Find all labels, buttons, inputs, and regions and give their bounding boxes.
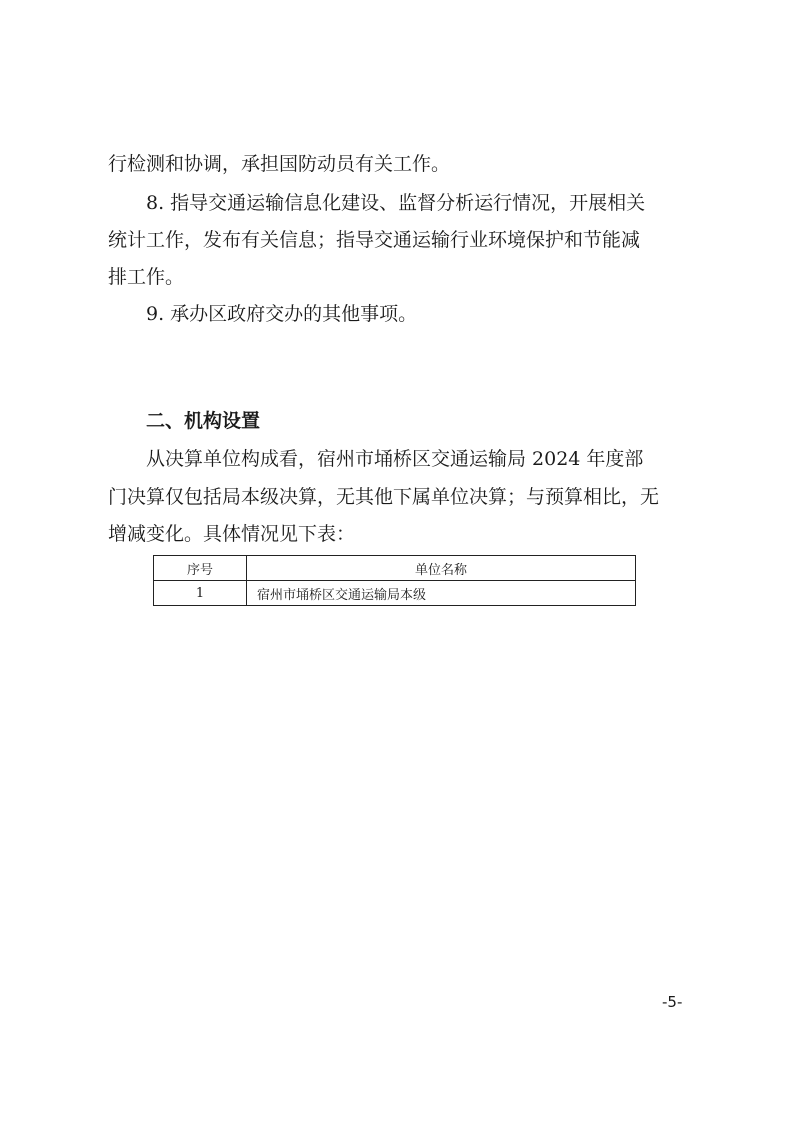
section-heading: 二、机构设置 [146,409,260,433]
body-text-line: 门决算仅包括局本级决算，无其他下属单位决算；与预算相比，无 [108,485,659,509]
header-cell: 序号 [154,556,247,581]
header-cell: 单位名称 [247,556,636,581]
body-text-line: 增减变化。具体情况见下表： [108,522,355,546]
table-cell: 宿州市埇桥区交通运输局本级 [247,581,636,606]
body-text-line: 9. 承办区政府交办的其他事项。 [146,302,417,326]
body-text-line: 从决算单位构成看，宿州市埇桥区交通运输局 2024 年度部 [146,447,643,471]
body-text-line: 排工作。 [108,265,184,289]
body-text-line: 统计工作，发布有关信息；指导交通运输行业环境保护和节能减 [108,228,640,252]
body-text-line: 行检测和协调，承担国防动员有关工作。 [108,152,450,176]
body-text-line: 8. 指导交通运输信息化建设、监督分析运行情况，开展相关 [146,191,645,215]
table-cell: 1 [154,581,247,606]
page-number: -5- [662,993,682,1011]
table-header-row: 序号 单位名称 [154,556,636,581]
unit-table: 序号 单位名称 1 宿州市埇桥区交通运输局本级 [153,555,636,606]
table-row: 1 宿州市埇桥区交通运输局本级 [154,581,636,606]
